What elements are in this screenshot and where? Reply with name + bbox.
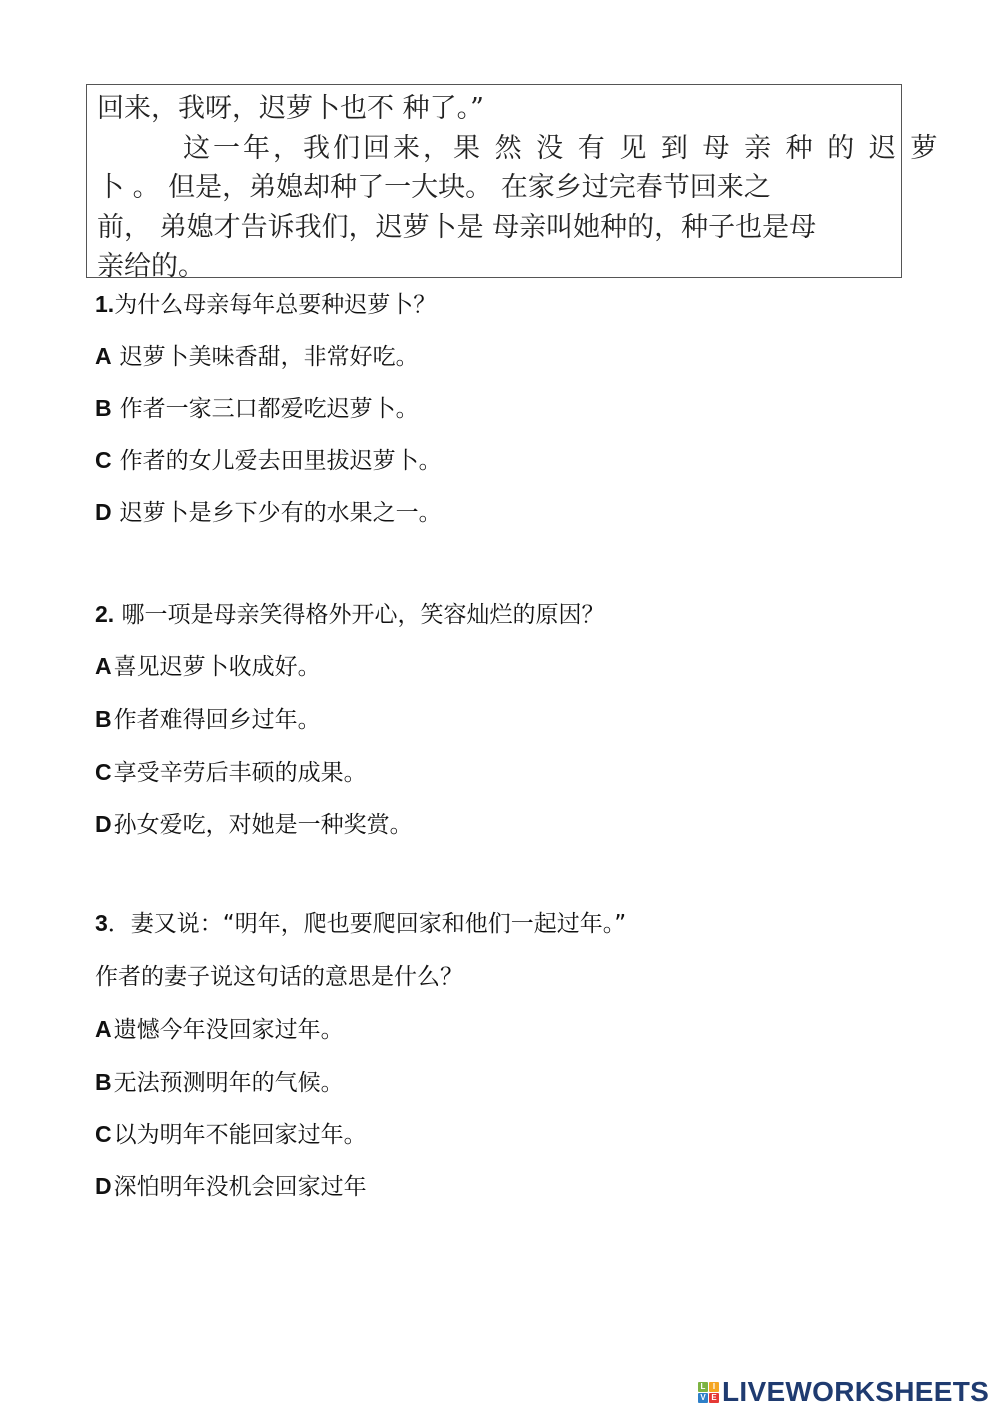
- question-1: 1.为什么母亲每年总要种迟萝卜？: [95, 286, 436, 319]
- option-text: 迟萝卜是乡下少有的水果之一。: [120, 500, 442, 526]
- option-text: 作者一家三口都爱吃迟萝卜。: [120, 396, 419, 422]
- passage-line: 回来，我呀，迟萝卜也不 种了。”: [97, 89, 891, 129]
- question-number: 3: [95, 910, 108, 936]
- option-letter: A: [95, 343, 112, 369]
- question-1-option-b[interactable]: B作者一家三口都爱吃迟萝卜。: [95, 390, 419, 423]
- option-letter: B: [95, 706, 112, 732]
- passage-line: 亲给的。: [97, 247, 891, 287]
- option-text: 深怕明年没机会回家过年: [114, 1174, 367, 1200]
- question-number: 2.: [95, 601, 114, 627]
- question-2-option-b[interactable]: B作者难得回乡过年。: [95, 701, 321, 734]
- option-letter: C: [95, 1121, 112, 1147]
- option-text: 以为明年不能回家过年。: [114, 1122, 367, 1148]
- question-2-option-d[interactable]: D孙女爱吃，对她是一种奖赏。: [95, 806, 413, 839]
- reading-passage-box: 回来，我呀，迟萝卜也不 种了。” 这一年，我们回来，果 然 没 有 见 到 母 …: [86, 84, 902, 278]
- question-3-option-c[interactable]: C以为明年不能回家过年。: [95, 1116, 367, 1149]
- question-1-option-d[interactable]: D迟萝卜是乡下少有的水果之一。: [95, 494, 442, 527]
- logo-block-l: L: [698, 1382, 708, 1392]
- question-text: ．妻又说：“明年，爬也要爬回家和他们一起过年。”: [108, 911, 626, 937]
- option-text: 作者的女儿爱去田里拔迟萝卜。: [120, 448, 442, 474]
- question-text: 哪一项是母亲笑得格外开心，笑容灿烂的原因？: [114, 602, 604, 628]
- question-3-option-d[interactable]: D深怕明年没机会回家过年: [95, 1168, 367, 1201]
- logo-block-e: E: [709, 1393, 719, 1403]
- logo-block-v: V: [698, 1393, 708, 1403]
- passage-line: 卜 。 但是，弟媳却种了一大块。 在家乡过完春节回来之: [97, 168, 891, 208]
- liveworksheets-logo: L I V E LIVEWORKSHEETS: [698, 1376, 989, 1408]
- passage-line: 前， 弟媳才告诉我们，迟萝卜是 母亲叫她种的，种子也是母: [97, 208, 891, 248]
- option-letter: C: [95, 447, 112, 473]
- option-text: 孙女爱吃，对她是一种奖赏。: [114, 812, 413, 838]
- option-text: 迟萝卜美味香甜，非常好吃。: [120, 344, 419, 370]
- logo-blocks-icon: L I V E: [698, 1382, 719, 1403]
- question-3: 3．妻又说：“明年，爬也要爬回家和他们一起过年。”: [95, 905, 626, 938]
- option-letter: D: [95, 811, 112, 837]
- question-3-subtext: 作者的妻子说这句话的意思是什么？: [95, 958, 463, 991]
- question-1-option-c[interactable]: C作者的女儿爱去田里拔迟萝卜。: [95, 442, 442, 475]
- option-text: 享受辛劳后丰硕的成果。: [114, 760, 367, 786]
- option-text: 喜见迟萝卜收成好。: [114, 654, 321, 680]
- option-letter: C: [95, 759, 112, 785]
- option-text: 无法预测明年的气候。: [114, 1070, 344, 1096]
- question-2-option-c[interactable]: C享受辛劳后丰硕的成果。: [95, 754, 367, 787]
- option-letter: B: [95, 1069, 112, 1095]
- question-3-option-a[interactable]: A遗憾今年没回家过年。: [95, 1011, 344, 1044]
- question-subtext: 作者的妻子说这句话的意思是什么？: [95, 964, 463, 990]
- option-text: 作者难得回乡过年。: [114, 707, 321, 733]
- logo-text: LIVEWORKSHEETS: [722, 1376, 989, 1408]
- option-letter: B: [95, 395, 112, 421]
- option-letter: A: [95, 653, 112, 679]
- question-2: 2. 哪一项是母亲笑得格外开心，笑容灿烂的原因？: [95, 596, 605, 629]
- question-number: 1.: [95, 291, 114, 317]
- passage-line: 这一年，我们回来，果 然 没 有 见 到 母 亲 种 的 迟 萝: [97, 129, 891, 169]
- question-3-option-b[interactable]: B无法预测明年的气候。: [95, 1064, 344, 1097]
- option-letter: D: [95, 499, 112, 525]
- logo-block-i: I: [709, 1382, 719, 1392]
- option-letter: D: [95, 1173, 112, 1199]
- question-text: 为什么母亲每年总要种迟萝卜？: [114, 292, 436, 318]
- option-text: 遗憾今年没回家过年。: [114, 1017, 344, 1043]
- question-2-option-a[interactable]: A喜见迟萝卜收成好。: [95, 648, 321, 681]
- question-1-option-a[interactable]: A迟萝卜美味香甜，非常好吃。: [95, 338, 419, 371]
- option-letter: A: [95, 1016, 112, 1042]
